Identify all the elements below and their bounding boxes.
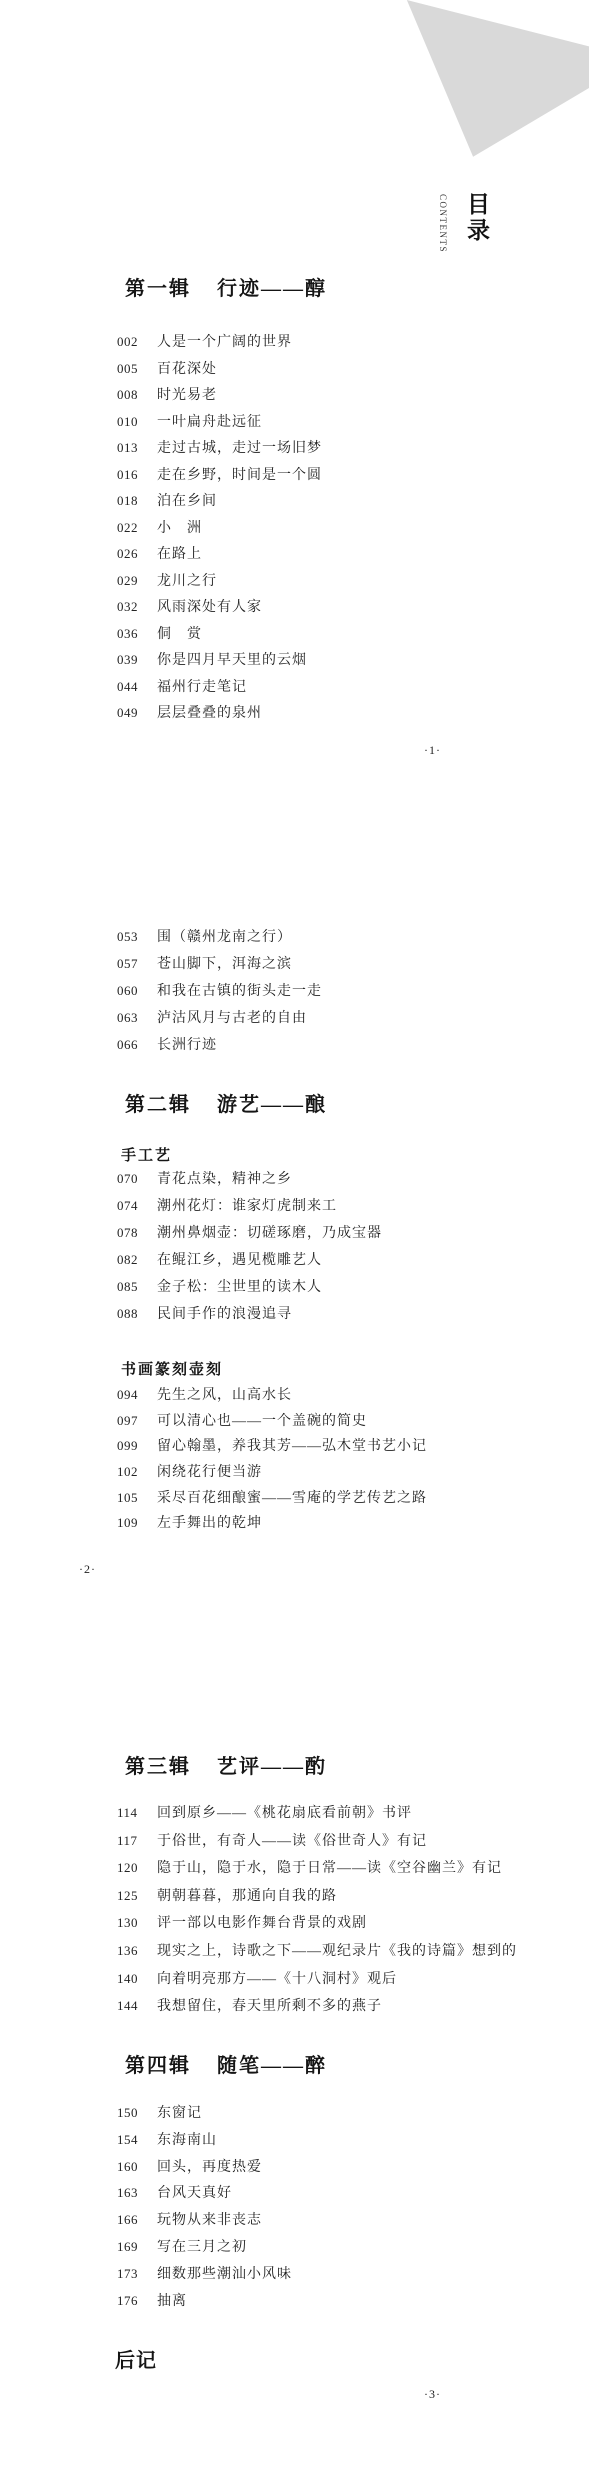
subsection-handicraft-heading: 手工艺 [121,1144,172,1165]
entry-title: 东窗记 [157,2102,202,2122]
entry-page-number: 109 [117,1515,157,1531]
entry-page-number: 094 [117,1387,157,1403]
entry-title: 和我在古镇的街头走一走 [157,980,322,1000]
entry-page-number: 026 [117,546,157,562]
toc-entry: 066长洲行迹 [117,1034,322,1061]
section-1-heading: 第一辑行迹——醇 [125,272,327,301]
entry-title: 金子松：尘世里的读木人 [157,1276,322,1296]
entry-title: 左手舞出的乾坤 [157,1512,262,1532]
toc-entry: 039你是四月早天里的云烟 [117,649,322,676]
entry-title: 可以清心也——一个盖碗的简史 [157,1410,367,1430]
subsection-calligraphy-heading: 书画篆刻壶刻 [121,1358,223,1379]
entry-page-number: 166 [117,2212,157,2228]
entry-title: 民间手作的浪漫追寻 [157,1303,292,1323]
entry-page-number: 032 [117,599,157,615]
toc-entry: 102闲绕花行便当游 [117,1461,427,1487]
section-2-title: 游艺——酿 [217,1094,327,1116]
section-2-heading: 第二辑游艺——酿 [125,1088,327,1117]
entry-title: 青花点染，精神之乡 [157,1168,292,1188]
toc-entry: 166玩物从来非丧志 [117,2209,292,2236]
entry-page-number: 144 [117,1998,157,2014]
entry-title: 苍山脚下，洱海之滨 [157,953,292,973]
entry-page-number: 136 [117,1943,157,1959]
entry-title: 围（赣州龙南之行） [157,926,292,946]
entry-title: 向着明亮那方——《十八洞村》观后 [157,1968,397,1988]
entry-page-number: 070 [117,1171,157,1187]
entry-page-number: 160 [117,2159,157,2175]
section-1-title: 行迹——醇 [217,278,327,300]
corner-triangle-decoration [405,0,589,160]
toc-entry: 044福州行走笔记 [117,676,322,703]
entry-title: 隐于山，隐于水，隐于日常——读《空谷幽兰》有记 [157,1857,502,1877]
entry-title: 百花深处 [157,358,217,378]
toc-entry: 094先生之风，山高水长 [117,1384,427,1410]
toc-entry: 016走在乡野，时间是一个圆 [117,464,322,491]
section-1-label: 第一辑 [125,278,191,300]
entry-title: 回头，再度热爱 [157,2156,262,2176]
entry-page-number: 078 [117,1225,157,1241]
entry-title: 台风天真好 [157,2182,232,2202]
entry-title: 写在三月之初 [157,2236,247,2256]
toc-entry: 018泊在乡间 [117,490,322,517]
toc-entry: 120隐于山，隐于水，隐于日常——读《空谷幽兰》有记 [117,1857,517,1885]
entry-title: 玩物从来非丧志 [157,2209,262,2229]
toc-entry: 117于俗世，有奇人——读《俗世奇人》有记 [117,1830,517,1858]
entry-title: 泸沽风月与古老的自由 [157,1007,307,1027]
page-marker-3: ·3· [424,2387,441,2402]
entry-title: 抽离 [157,2290,187,2310]
entry-page-number: 010 [117,414,157,430]
entry-title: 福州行走笔记 [157,676,247,696]
entry-page-number: 013 [117,440,157,456]
entry-title: 现实之上，诗歌之下——观纪录片《我的诗篇》想到的 [157,1940,517,1960]
toc-entry: 008时光易老 [117,384,322,411]
entry-title: 一叶扁舟赴远征 [157,411,262,431]
entry-title: 风雨深处有人家 [157,596,262,616]
toc-entry: 169写在三月之初 [117,2236,292,2263]
entry-page-number: 150 [117,2105,157,2121]
toc-list-section-1-part-1: 002人是一个广阔的世界005百花深处008时光易老010一叶扁舟赴远征013走… [117,331,322,729]
entry-page-number: 039 [117,652,157,668]
entry-title: 潮州鼻烟壶：切磋琢磨，乃成宝器 [157,1222,382,1242]
toc-entry: 010一叶扁舟赴远征 [117,411,322,438]
toc-entry: 105采尽百花细酿蜜——雪庵的学艺传艺之路 [117,1487,427,1513]
section-4-heading: 第四辑随笔——醉 [125,2049,327,2078]
entry-page-number: 016 [117,467,157,483]
toc-entry: 160回头，再度热爱 [117,2156,292,2183]
toc-entry: 036侗 赏 [117,623,322,650]
toc-entry: 057苍山脚下，洱海之滨 [117,953,322,980]
entry-page-number: 125 [117,1888,157,1904]
entry-title: 回到原乡——《桃花扇底看前朝》书评 [157,1802,412,1822]
toc-entry: 029龙川之行 [117,570,322,597]
entry-page-number: 097 [117,1413,157,1429]
toc-entry: 026在路上 [117,543,322,570]
section-3-title: 艺评——酌 [217,1756,327,1778]
entry-page-number: 085 [117,1279,157,1295]
toc-list-section-1-part-2: 053围（赣州龙南之行）057苍山脚下，洱海之滨060和我在古镇的街头走一走06… [117,926,322,1061]
toc-entry: 140向着明亮那方——《十八洞村》观后 [117,1968,517,1996]
entry-page-number: 029 [117,573,157,589]
entry-page-number: 154 [117,2132,157,2148]
entry-page-number: 176 [117,2293,157,2309]
entry-page-number: 002 [117,334,157,350]
entry-page-number: 044 [117,679,157,695]
toc-entry: 070青花点染，精神之乡 [117,1168,382,1195]
toc-list-section-4: 150东窗记154东海南山160回头，再度热爱163台风天真好166玩物从来非丧… [117,2102,292,2316]
entry-title: 层层叠叠的泉州 [157,702,262,722]
toc-entry: 154东海南山 [117,2129,292,2156]
entry-page-number: 117 [117,1833,157,1849]
entry-page-number: 105 [117,1490,157,1506]
toc-entry: 063泸沽风月与古老的自由 [117,1007,322,1034]
afterword-heading: 后记 [115,2344,157,2373]
toc-entry: 022小 洲 [117,517,322,544]
toc-entry: 060和我在古镇的街头走一走 [117,980,322,1007]
section-3-heading: 第三辑艺评——酌 [125,1750,327,1779]
entry-title: 龙川之行 [157,570,217,590]
toc-entry: 013走过古城，走过一场旧梦 [117,437,322,464]
toc-entry: 082在鲲江乡，遇见榄雕艺人 [117,1249,382,1276]
toc-entry: 109左手舞出的乾坤 [117,1512,427,1538]
entry-title: 留心翰墨，养我其芳——弘木堂书艺小记 [157,1435,427,1455]
page-title: 目录 [460,192,493,244]
toc-list-section-2-handicraft: 070青花点染，精神之乡074潮州花灯：谁家灯虎制来工078潮州鼻烟壶：切磋琢磨… [117,1168,382,1330]
entry-page-number: 066 [117,1037,157,1053]
entry-title: 长洲行迹 [157,1034,217,1054]
toc-entry: 085金子松：尘世里的读木人 [117,1276,382,1303]
entry-page-number: 018 [117,493,157,509]
entry-page-number: 074 [117,1198,157,1214]
entry-title: 你是四月早天里的云烟 [157,649,307,669]
toc-entry: 088民间手作的浪漫追寻 [117,1303,382,1330]
entry-page-number: 102 [117,1464,157,1480]
entry-title: 时光易老 [157,384,217,404]
toc-list-section-3: 114回到原乡——《桃花扇底看前朝》书评117于俗世，有奇人——读《俗世奇人》有… [117,1802,517,2023]
entry-page-number: 057 [117,956,157,972]
toc-entry: 173细数那些潮汕小风味 [117,2263,292,2290]
toc-entry: 130评一部以电影作舞台背景的戏剧 [117,1912,517,1940]
toc-entry: 176抽离 [117,2290,292,2317]
page-marker-1: ·1· [424,743,441,758]
entry-title: 小 洲 [157,517,202,537]
entry-title: 东海南山 [157,2129,217,2149]
section-4-title: 随笔——醉 [217,2055,327,2077]
section-2-label: 第二辑 [125,1094,191,1116]
section-4-label: 第四辑 [125,2055,191,2077]
entry-page-number: 060 [117,983,157,999]
entry-title: 走在乡野，时间是一个圆 [157,464,322,484]
entry-page-number: 173 [117,2266,157,2282]
toc-entry: 125朝朝暮暮，那通向自我的路 [117,1885,517,1913]
entry-title: 细数那些潮汕小风味 [157,2263,292,2283]
entry-page-number: 008 [117,387,157,403]
entry-page-number: 130 [117,1915,157,1931]
entry-page-number: 053 [117,929,157,945]
toc-entry: 074潮州花灯：谁家灯虎制来工 [117,1195,382,1222]
entry-page-number: 120 [117,1860,157,1876]
entry-title: 人是一个广阔的世界 [157,331,292,351]
entry-title: 先生之风，山高水长 [157,1384,292,1404]
toc-entry: 005百花深处 [117,358,322,385]
entry-title: 采尽百花细酿蜜——雪庵的学艺传艺之路 [157,1487,427,1507]
toc-entry: 114回到原乡——《桃花扇底看前朝》书评 [117,1802,517,1830]
entry-title: 走过古城，走过一场旧梦 [157,437,322,457]
toc-entry: 144我想留住，春天里所剩不多的燕子 [117,1995,517,2023]
toc-entry: 032风雨深处有人家 [117,596,322,623]
section-3-label: 第三辑 [125,1756,191,1778]
entry-title: 评一部以电影作舞台背景的戏剧 [157,1912,367,1932]
entry-title: 闲绕花行便当游 [157,1461,262,1481]
entry-page-number: 088 [117,1306,157,1322]
toc-entry: 097可以清心也——一个盖碗的简史 [117,1410,427,1436]
entry-page-number: 082 [117,1252,157,1268]
toc-entry: 078潮州鼻烟壶：切磋琢磨，乃成宝器 [117,1222,382,1249]
entry-page-number: 005 [117,361,157,377]
entry-page-number: 140 [117,1971,157,1987]
entry-page-number: 169 [117,2239,157,2255]
entry-page-number: 163 [117,2185,157,2201]
toc-entry: 150东窗记 [117,2102,292,2129]
entry-title: 于俗世，有奇人——读《俗世奇人》有记 [157,1830,427,1850]
entry-title: 侗 赏 [157,623,202,643]
entry-title: 在路上 [157,543,202,563]
entry-page-number: 036 [117,626,157,642]
entry-page-number: 063 [117,1010,157,1026]
page-subtitle-english: CONTENTS [438,194,448,253]
entry-title: 朝朝暮暮，那通向自我的路 [157,1885,337,1905]
toc-entry: 002人是一个广阔的世界 [117,331,322,358]
toc-page: 目录 CONTENTS 第一辑行迹——醇 002人是一个广阔的世界005百花深处… [0,0,589,2469]
toc-entry: 099留心翰墨，养我其芳——弘木堂书艺小记 [117,1435,427,1461]
entry-title: 潮州花灯：谁家灯虎制来工 [157,1195,337,1215]
entry-page-number: 049 [117,705,157,721]
entry-title: 我想留住，春天里所剩不多的燕子 [157,1995,382,2015]
entry-title: 在鲲江乡，遇见榄雕艺人 [157,1249,322,1269]
entry-title: 泊在乡间 [157,490,217,510]
toc-entry: 053围（赣州龙南之行） [117,926,322,953]
toc-entry: 049层层叠叠的泉州 [117,702,322,729]
entry-page-number: 022 [117,520,157,536]
entry-page-number: 099 [117,1438,157,1454]
toc-list-section-2-calligraphy: 094先生之风，山高水长097可以清心也——一个盖碗的简史099留心翰墨，养我其… [117,1384,427,1538]
page-marker-2: ·2· [79,1562,96,1577]
entry-page-number: 114 [117,1805,157,1821]
toc-entry: 136现实之上，诗歌之下——观纪录片《我的诗篇》想到的 [117,1940,517,1968]
toc-entry: 163台风天真好 [117,2182,292,2209]
